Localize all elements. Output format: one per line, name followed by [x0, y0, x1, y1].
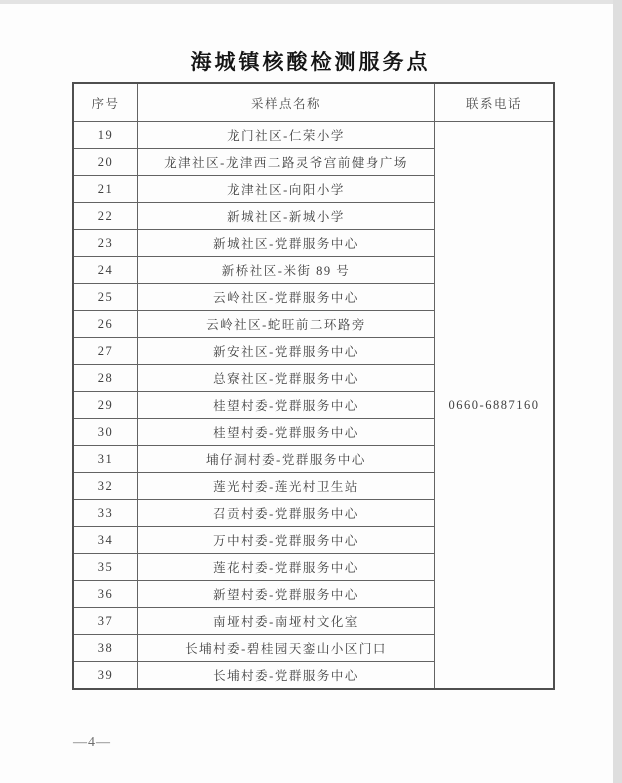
cell-serial-number: 28 [73, 365, 138, 392]
cell-sampling-point-name: 长埔村委-党群服务中心 [138, 662, 435, 690]
cell-serial-number: 22 [73, 203, 138, 230]
cell-serial-number: 29 [73, 392, 138, 419]
cell-sampling-point-name: 莲花村委-党群服务中心 [138, 554, 435, 581]
cell-serial-number: 23 [73, 230, 138, 257]
cell-sampling-point-name: 南垭村委-南垭村文化室 [138, 608, 435, 635]
cell-sampling-point-name: 桂望村委-党群服务中心 [138, 392, 435, 419]
table-header-row: 序号 采样点名称 联系电话 [73, 83, 554, 122]
cell-serial-number: 25 [73, 284, 138, 311]
cell-sampling-point-name: 云岭社区-蛇旺前二环路旁 [138, 311, 435, 338]
cell-sampling-point-name: 新安社区-党群服务中心 [138, 338, 435, 365]
cell-serial-number: 26 [73, 311, 138, 338]
cell-sampling-point-name: 云岭社区-党群服务中心 [138, 284, 435, 311]
cell-sampling-point-name: 新城社区-党群服务中心 [138, 230, 435, 257]
cell-serial-number: 24 [73, 257, 138, 284]
cell-sampling-point-name: 新望村委-党群服务中心 [138, 581, 435, 608]
page-number: —4— [73, 735, 111, 751]
cell-sampling-point-name: 总寮社区-党群服务中心 [138, 365, 435, 392]
cell-sampling-point-name: 召贡村委-党群服务中心 [138, 500, 435, 527]
cell-sampling-point-name: 龙门社区-仁荣小学 [138, 122, 435, 149]
cell-sampling-point-name: 新桥社区-米街 89 号 [138, 257, 435, 284]
page-title: 海城镇核酸检测服务点 [72, 46, 549, 76]
cell-serial-number: 39 [73, 662, 138, 690]
table-header: 序号 采样点名称 联系电话 [73, 83, 554, 122]
header-sampling-point-name: 采样点名称 [138, 83, 435, 122]
cell-serial-number: 38 [73, 635, 138, 662]
cell-serial-number: 19 [73, 122, 138, 149]
cell-serial-number: 35 [73, 554, 138, 581]
header-contact-phone: 联系电话 [435, 83, 555, 122]
cell-serial-number: 32 [73, 473, 138, 500]
cell-serial-number: 21 [73, 176, 138, 203]
cell-serial-number: 34 [73, 527, 138, 554]
cell-sampling-point-name: 桂望村委-党群服务中心 [138, 419, 435, 446]
cell-serial-number: 36 [73, 581, 138, 608]
cell-serial-number: 27 [73, 338, 138, 365]
table-body: 19龙门社区-仁荣小学0660-688716020龙津社区-龙津西二路灵爷宫前健… [73, 122, 554, 690]
cell-sampling-point-name: 龙津社区-龙津西二路灵爷宫前健身广场 [138, 149, 435, 176]
cell-sampling-point-name: 新城社区-新城小学 [138, 203, 435, 230]
table-row: 19龙门社区-仁荣小学0660-6887160 [73, 122, 554, 149]
cell-serial-number: 37 [73, 608, 138, 635]
cell-sampling-point-name: 长埔村委-碧桂园天銮山小区门口 [138, 635, 435, 662]
testing-sites-table: 序号 采样点名称 联系电话 19龙门社区-仁荣小学0660-688716020龙… [72, 82, 555, 690]
cell-serial-number: 31 [73, 446, 138, 473]
cell-serial-number: 20 [73, 149, 138, 176]
cell-serial-number: 33 [73, 500, 138, 527]
cell-contact-phone: 0660-6887160 [435, 122, 555, 690]
document-page: 海城镇核酸检测服务点 序号 采样点名称 联系电话 19龙门社区-仁荣小学0660… [0, 4, 613, 783]
header-serial-number: 序号 [73, 83, 138, 122]
cell-sampling-point-name: 埔仔洞村委-党群服务中心 [138, 446, 435, 473]
scan-edge-right [613, 0, 622, 783]
cell-sampling-point-name: 莲光村委-莲光村卫生站 [138, 473, 435, 500]
cell-sampling-point-name: 龙津社区-向阳小学 [138, 176, 435, 203]
cell-sampling-point-name: 万中村委-党群服务中心 [138, 527, 435, 554]
cell-serial-number: 30 [73, 419, 138, 446]
